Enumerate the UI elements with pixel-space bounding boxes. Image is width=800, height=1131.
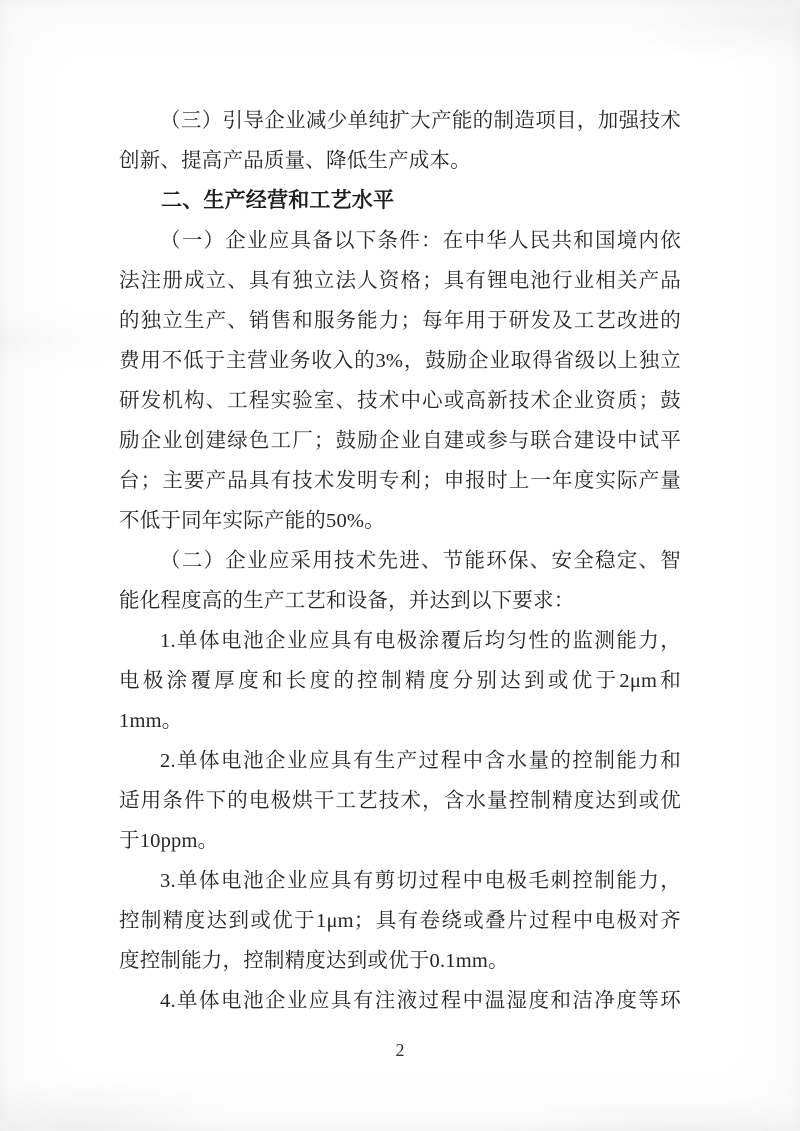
text-line: 台；主要产品具有技术发明专利；申报时上一年度实际产量 (119, 461, 681, 501)
text-line: 度控制能力，控制精度达到或优于0.1mm。 (119, 941, 681, 981)
text-line: 研发机构、工程实验室、技术中心或高新技术企业资质；鼓 (119, 381, 681, 421)
text-line: 1.单体电池企业应具有电极涂覆后均匀性的监测能力， (119, 621, 681, 661)
text-line: 适用条件下的电极烘干工艺技术，含水量控制精度达到或优 (119, 781, 681, 821)
text-line: 控制精度达到或优于1μm；具有卷绕或叠片过程中电极对齐 (119, 901, 681, 941)
text-line: 不低于同年实际产能的50%。 (119, 501, 681, 541)
text-line: （三）引导企业减少单纯扩大产能的制造项目，加强技术 (119, 101, 681, 141)
page-content: （三）引导企业减少单纯扩大产能的制造项目，加强技术创新、提高产品质量、降低生产成… (119, 101, 681, 1021)
text-line: 能化程度高的生产工艺和设备，并达到以下要求： (119, 581, 681, 621)
text-line: 创新、提高产品质量、降低生产成本。 (119, 141, 681, 181)
text-line: （二）企业应采用技术先进、节能环保、安全稳定、智 (119, 541, 681, 581)
text-line: 2.单体电池企业应具有生产过程中含水量的控制能力和 (119, 741, 681, 781)
text-line: （一）企业应具备以下条件：在中华人民共和国境内依 (119, 221, 681, 261)
section-heading: 二、生产经营和工艺水平 (119, 181, 681, 221)
text-line: 费用不低于主营业务收入的3%，鼓励企业取得省级以上独立 (119, 341, 681, 381)
page-number: 2 (0, 1039, 800, 1061)
text-line: 1mm。 (119, 701, 681, 741)
text-line: 法注册成立、具有独立法人资格；具有锂电池行业相关产品 (119, 261, 681, 301)
document-page: （三）引导企业减少单纯扩大产能的制造项目，加强技术创新、提高产品质量、降低生产成… (0, 0, 800, 1131)
text-line: 电极涂覆厚度和长度的控制精度分别达到或优于2μm和 (119, 661, 681, 701)
text-line: 励企业创建绿色工厂；鼓励企业自建或参与联合建设中试平 (119, 421, 681, 461)
text-line: 3.单体电池企业应具有剪切过程中电极毛刺控制能力， (119, 861, 681, 901)
text-line: 于10ppm。 (119, 821, 681, 861)
text-line: 的独立生产、销售和服务能力；每年用于研发及工艺改进的 (119, 301, 681, 341)
text-line: 4.单体电池企业应具有注液过程中温湿度和洁净度等环 (119, 981, 681, 1021)
